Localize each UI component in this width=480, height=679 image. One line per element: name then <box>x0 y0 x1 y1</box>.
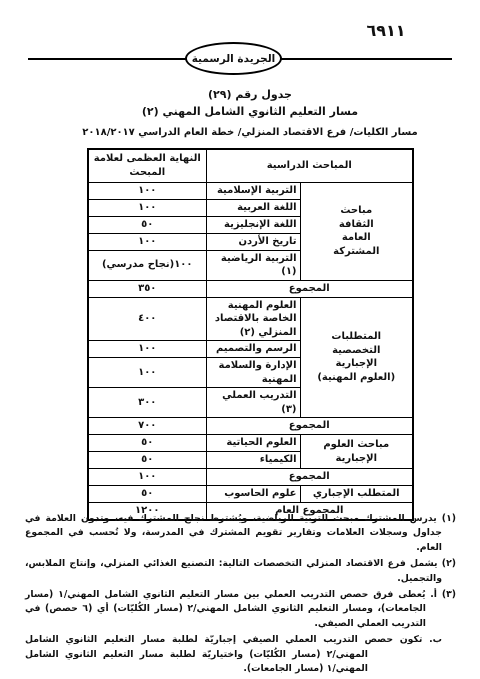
subject-cell: العلوم المهنية الخاصة بالاقتصاد المنزلي … <box>206 297 300 341</box>
mark-cell: ٥٠ <box>88 216 206 233</box>
table-row: مباحث العلوم الإجبارية العلوم الحياتية ٥… <box>88 435 413 452</box>
table-number-title: جدول رقم (٢٩) <box>20 88 480 101</box>
total-mark-cell: ٧٠٠ <box>88 418 206 435</box>
subject-cell: التربية الرياضية (١) <box>206 250 300 280</box>
total-row: المجموع ٧٠٠ <box>88 418 413 435</box>
mark-cell: ٥٠ <box>88 452 206 469</box>
footnote-3a: (٣) أ. يُعطى فرق حصص التدريب العملي بين … <box>25 588 456 631</box>
subject-cell: الإدارة والسلامة المهنية <box>206 358 300 388</box>
subject-cell: العلوم الحياتية <box>206 435 300 452</box>
subject-cell: علوم الحاسوب <box>206 486 300 503</box>
group-common-culture-label: مباحث الثقافة العامة المشتركة <box>300 182 413 280</box>
mark-cell: ٥٠ <box>88 435 206 452</box>
group-mandatory-requirement-label: المتطلب الإجباري <box>300 486 413 503</box>
total-label: المجموع <box>206 280 413 297</box>
plan-title: مسار الكليات/ فرع الاقتصاد المنزلي/ خطة … <box>20 127 480 138</box>
mark-cell: ١٠٠ <box>88 199 206 216</box>
subject-cell: الرسم والتصميم <box>206 341 300 358</box>
table-row: المتطلبات التخصصية الإجبارية (العلوم الم… <box>88 297 413 341</box>
col-header-subjects: المباحث الدراسية <box>206 149 413 182</box>
page-number: ٦٩١١ <box>356 21 416 40</box>
table-row: المتطلب الإجباري علوم الحاسوب ٥٠ <box>88 486 413 503</box>
mark-cell: ١٠٠ <box>88 233 206 250</box>
mark-cell: ٥٠ <box>88 486 206 503</box>
total-mark-cell: ١٠٠ <box>88 469 206 486</box>
gazette-page: ٦٩١١ الجريدة الرسمية جدول رقم (٢٩) مسار … <box>0 0 480 679</box>
gazette-banner-label: الجريدة الرسمية <box>192 53 276 65</box>
group-specialized-requirements-label: المتطلبات التخصصية الإجبارية (العلوم الم… <box>300 297 413 418</box>
subject-cell: الكيمياء <box>206 452 300 469</box>
mark-cell: ٤٠٠ <box>88 297 206 341</box>
total-row: المجموع ١٠٠ <box>88 469 413 486</box>
mark-cell: ٣٠٠ <box>88 388 206 418</box>
footnote-3b: ب. تكون حصص التدريب العملي الصيفي إجباري… <box>25 633 456 676</box>
total-mark-cell: ٣٥٠ <box>88 280 206 297</box>
total-label: المجموع <box>206 418 413 435</box>
total-label: المجموع <box>206 469 413 486</box>
subject-cell: التدريب العملي (٣) <box>206 388 300 418</box>
footnotes-section: (١) يدرس المشترك مبحث التربية الرياضية، … <box>25 512 456 678</box>
group-mandatory-science-label: مباحث العلوم الإجبارية <box>300 435 413 469</box>
document-titles: جدول رقم (٢٩) مسار التعليم الثانوي الشام… <box>20 88 480 138</box>
subject-cell: تاريخ الأردن <box>206 233 300 250</box>
track-title: مسار التعليم الثانوي الشامل المهني (٢) <box>20 105 480 118</box>
table-row: مباحث الثقافة العامة المشتركة التربية ال… <box>88 182 413 199</box>
footnote-2: (٢) يشمل فرع الاقتصاد المنزلي التخصصات ا… <box>25 557 456 586</box>
table-header-row: المباحث الدراسية النهاية العظمى لعلامة ا… <box>88 149 413 182</box>
col-header-max-mark: النهاية العظمى لعلامة المبحث <box>88 149 206 182</box>
mark-cell: ١٠٠ <box>88 358 206 388</box>
subject-cell: اللغة العربية <box>206 199 300 216</box>
subjects-marks-table: المباحث الدراسية النهاية العظمى لعلامة ا… <box>87 148 414 521</box>
total-row: المجموع ٣٥٠ <box>88 280 413 297</box>
mark-cell: ١٠٠(نجاح مدرسي) <box>88 250 206 280</box>
footnote-1: (١) يدرس المشترك مبحث التربية الرياضية، … <box>25 512 456 555</box>
mark-cell: ١٠٠ <box>88 182 206 199</box>
gazette-seal: الجريدة الرسمية <box>185 42 282 75</box>
subject-cell: اللغة الإنجليزية <box>206 216 300 233</box>
mark-cell: ١٠٠ <box>88 341 206 358</box>
subject-cell: التربية الإسلامية <box>206 182 300 199</box>
